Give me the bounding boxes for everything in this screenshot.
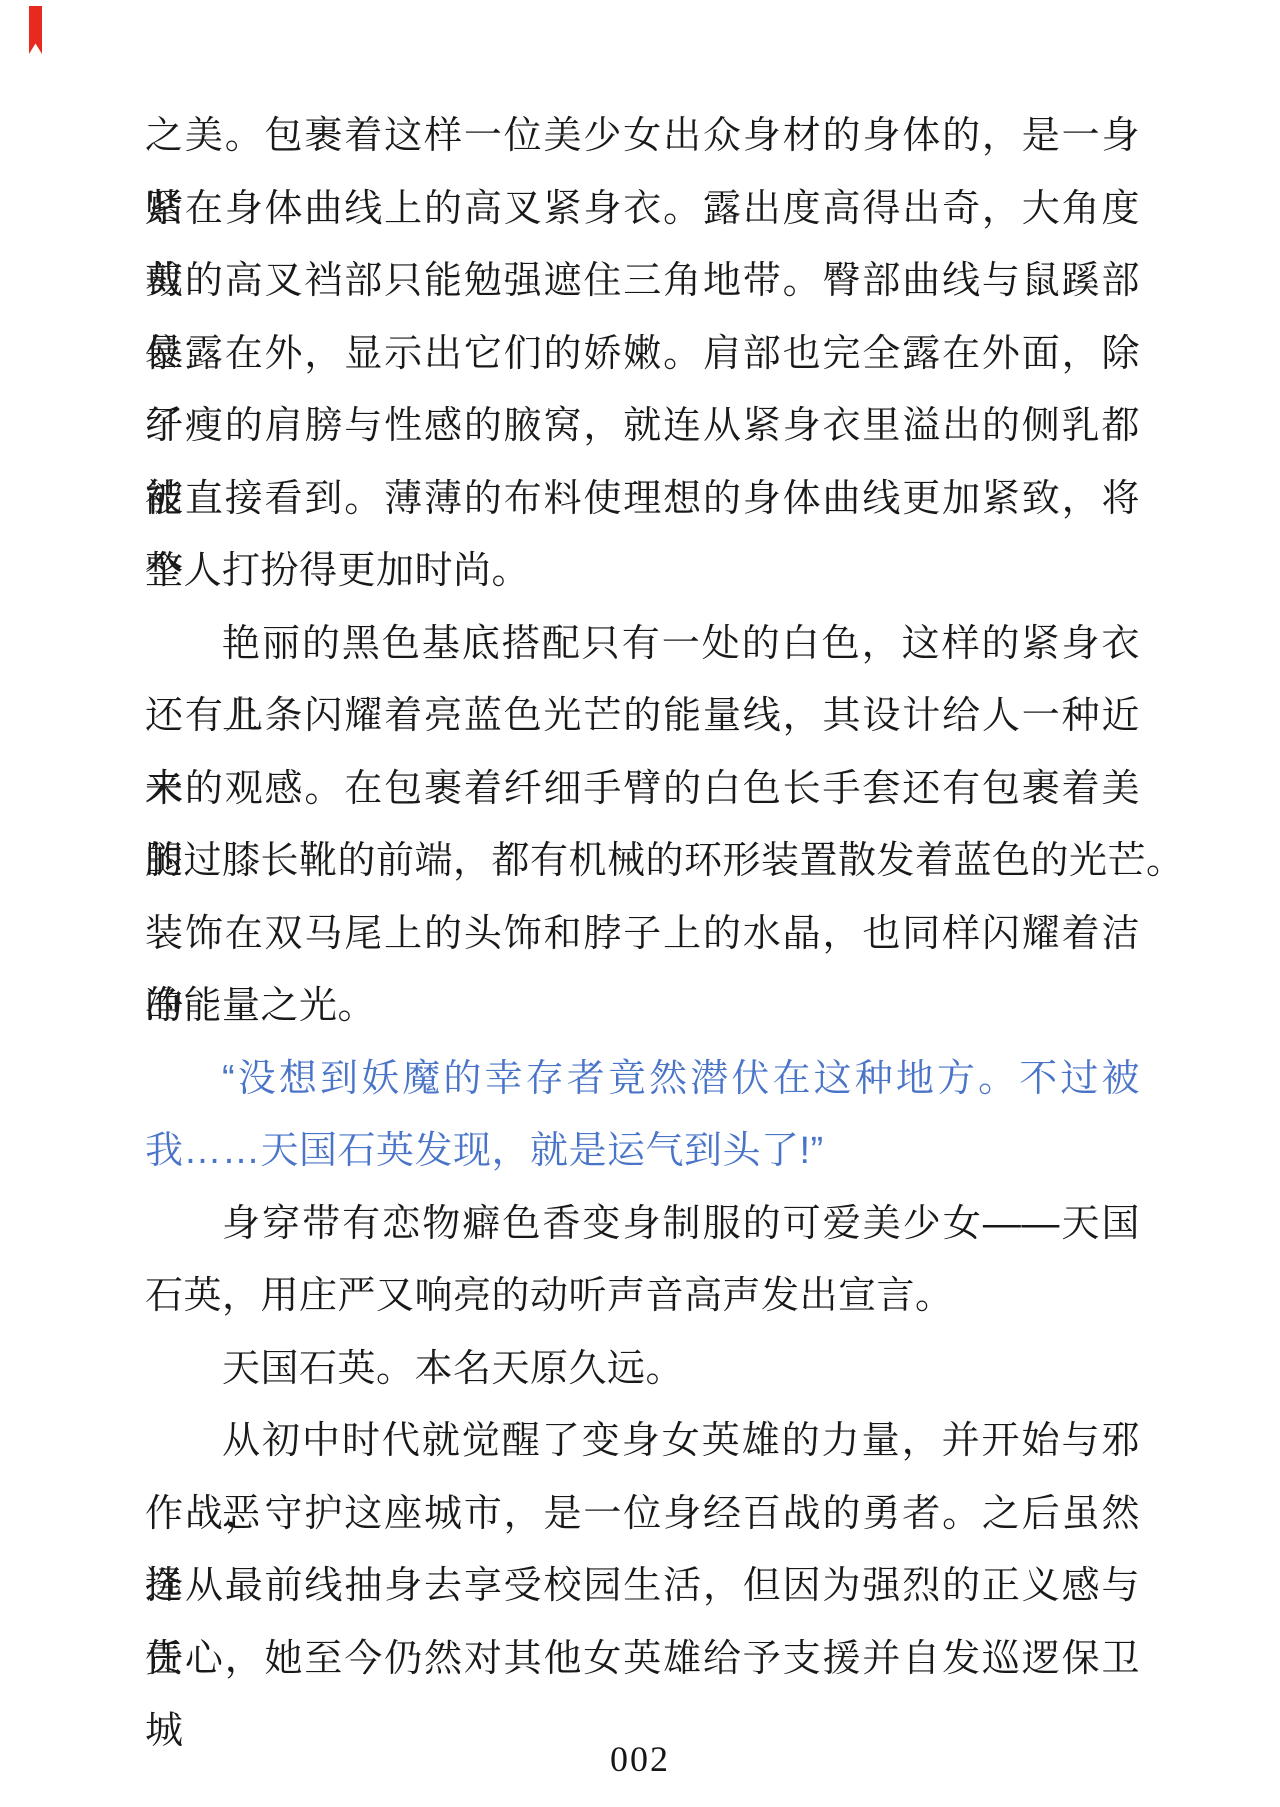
page-number: 002 bbox=[0, 1738, 1280, 1780]
novel-text-block: 之美。包裹着这样一位美少女出众身材的身体的，是一身紧贴在身体曲线上的高叉紧身衣。… bbox=[145, 100, 1140, 1695]
text-line: 贴在身体曲线上的高叉紧身衣。露出度高得出奇，大角度裁 bbox=[145, 173, 1140, 246]
text-line: 石英，用庄严又响亮的动听声音高声发出宣言。 bbox=[145, 1260, 1140, 1333]
dialogue-line: “没想到妖魔的幸存者竟然潜伏在这种地方。不过被 bbox=[145, 1043, 1140, 1116]
text-line: 任心，她至今仍然对其他女英雄给予支援并自发巡逻保卫城 bbox=[145, 1623, 1140, 1696]
text-line: 天国石英。本名天原久远。 bbox=[145, 1333, 1140, 1406]
text-line: 纤瘦的肩膀与性感的腋窝，就连从紧身衣里溢出的侧乳都能 bbox=[145, 390, 1140, 463]
text-line: 作战，守护这座城市，是一位身经百战的勇者。之后虽然选 bbox=[145, 1478, 1140, 1551]
text-line: 还有几条闪耀着亮蓝色光芒的能量线，其设计给人一种近未 bbox=[145, 680, 1140, 753]
text-line: 来的观感。在包裹着纤细手臂的白色长手套还有包裹着美腿 bbox=[145, 753, 1140, 826]
text-line: 暴露在外，显示出它们的娇嫩。肩部也完全露在外面，除了 bbox=[145, 318, 1140, 391]
text-line: 的过膝长靴的前端，都有机械的环形装置散发着蓝色的光芒。 bbox=[145, 825, 1140, 898]
text-line: 身穿带有恋物癖色香变身制服的可爱美少女——天国 bbox=[145, 1188, 1140, 1261]
text-line: 装饰在双马尾上的头饰和脖子上的水晶，也同样闪耀着洁净 bbox=[145, 898, 1140, 971]
dialogue-line: 我……天国石英发现，就是运气到头了!” bbox=[145, 1115, 1140, 1188]
text-line: 的能量之光。 bbox=[145, 970, 1140, 1043]
text-line: 之美。包裹着这样一位美少女出众身材的身体的，是一身紧 bbox=[145, 100, 1140, 173]
text-line: 择从最前线抽身去享受校园生活，但因为强烈的正义感与责 bbox=[145, 1550, 1140, 1623]
novel-page: 之美。包裹着这样一位美少女出众身材的身体的，是一身紧贴在身体曲线上的高叉紧身衣。… bbox=[0, 0, 1280, 1807]
text-line: 从初中时代就觉醒了变身女英雄的力量，并开始与邪恶 bbox=[145, 1405, 1140, 1478]
text-line: 个人打扮得更加时尚。 bbox=[145, 535, 1140, 608]
text-line: 剪的高叉裆部只能勉强遮住三角地带。臀部曲线与鼠蹊部位 bbox=[145, 245, 1140, 318]
bookmark-ribbon-icon bbox=[29, 6, 42, 54]
text-line: 艳丽的黑色基底搭配只有一处的白色，这样的紧身衣上 bbox=[145, 608, 1140, 681]
text-line: 被直接看到。薄薄的布料使理想的身体曲线更加紧致，将整 bbox=[145, 463, 1140, 536]
